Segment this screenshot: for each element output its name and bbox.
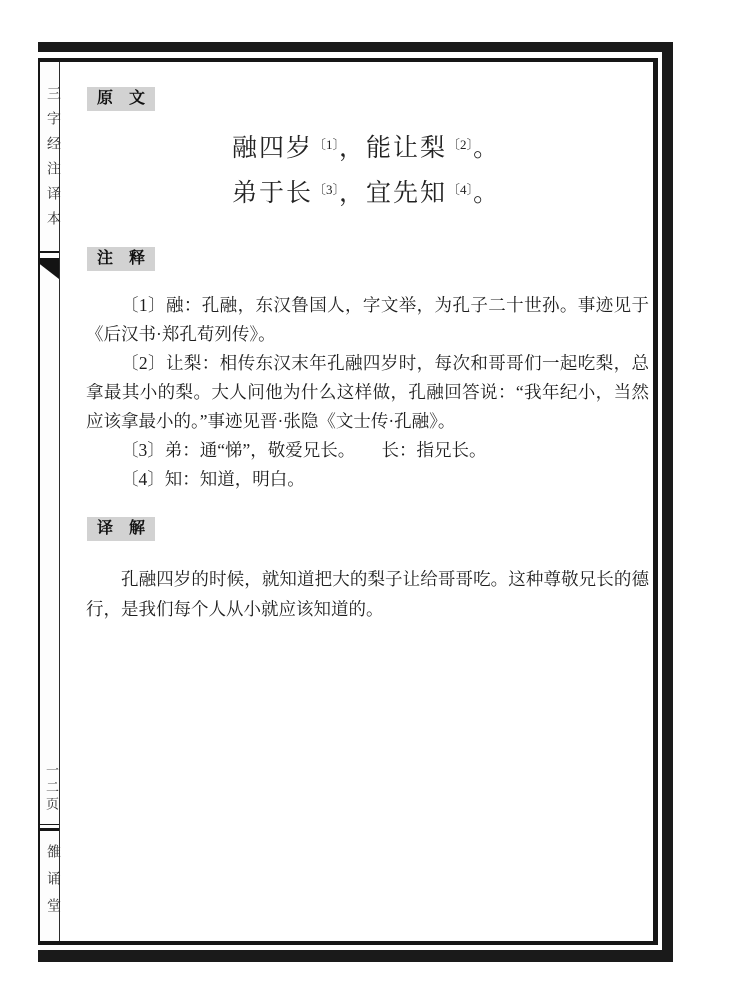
section-header-original-text: 原 文 xyxy=(87,87,155,111)
verse-block: 融四岁〔1〕，能让梨〔2〕。 弟于长〔3〕，宜先知〔4〕。 xyxy=(232,128,500,218)
verse-text: ，能让梨 xyxy=(339,135,447,162)
verse-text: 。 xyxy=(473,180,500,207)
sidebar-divider-line xyxy=(40,251,59,253)
verse-text: 融四岁 xyxy=(232,135,313,162)
book-title-vertical: 三字经注译本 xyxy=(42,86,62,236)
verse-text: 弟于长 xyxy=(232,180,313,207)
annotation-item: 〔2〕让梨：相传东汉末年孔融四岁时，每次和哥哥们一起吃梨，总拿最其小的梨。大人问… xyxy=(86,349,649,436)
verse-line-2: 弟于长〔3〕，宜先知〔4〕。 xyxy=(232,173,500,218)
studio-name-vertical: 雒诵堂 xyxy=(42,844,62,925)
footnote-ref: 〔3〕 xyxy=(313,182,339,197)
book-page: { "sidebar": { "book_title": "三字经注译本", "… xyxy=(0,0,730,1001)
translation-paragraph: 孔融四岁的时候，就知道把大的梨子让给哥哥吃。这种尊敬兄长的德行，是我们每个人从小… xyxy=(86,564,649,624)
verse-text: ，宜先知 xyxy=(339,180,447,207)
frame-bar-bottom xyxy=(38,950,673,962)
annotation-item: 〔1〕融：孔融，东汉鲁国人，字文举，为孔子二十世孙。事迹见于《后汉书·郑孔荀列传… xyxy=(86,291,649,349)
sidebar: 三字经注译本 一二页 雒诵堂 xyxy=(40,62,60,941)
bookmark-tab-icon xyxy=(40,258,59,279)
annotation-item: 〔3〕弟：通“悌”，敬爱兄长。 长：指兄长。 xyxy=(86,436,649,465)
verse-text: 。 xyxy=(473,135,500,162)
verse-line-1: 融四岁〔1〕，能让梨〔2〕。 xyxy=(232,128,500,173)
frame-bar-top xyxy=(38,42,673,52)
translation-block: 孔融四岁的时候，就知道把大的梨子让给哥哥吃。这种尊敬兄长的德行，是我们每个人从小… xyxy=(86,564,649,624)
footnote-ref: 〔2〕 xyxy=(447,137,473,152)
section-header-translation: 译 解 xyxy=(87,517,155,541)
sidebar-double-line xyxy=(40,824,59,831)
annotations-block: 〔1〕融：孔融，东汉鲁国人，字文举，为孔子二十世孙。事迹见于《后汉书·郑孔荀列传… xyxy=(86,291,649,494)
annotation-item: 〔4〕知：知道，明白。 xyxy=(86,465,649,494)
footnote-ref: 〔4〕 xyxy=(447,182,473,197)
section-header-annotations: 注 释 xyxy=(87,247,155,271)
footnote-ref: 〔1〕 xyxy=(313,137,339,152)
page-content: 原 文 融四岁〔1〕，能让梨〔2〕。 弟于长〔3〕，宜先知〔4〕。 注 释 〔1… xyxy=(60,62,652,941)
page-number-vertical: 一二页 xyxy=(42,763,61,814)
frame-bar-right xyxy=(662,42,673,962)
